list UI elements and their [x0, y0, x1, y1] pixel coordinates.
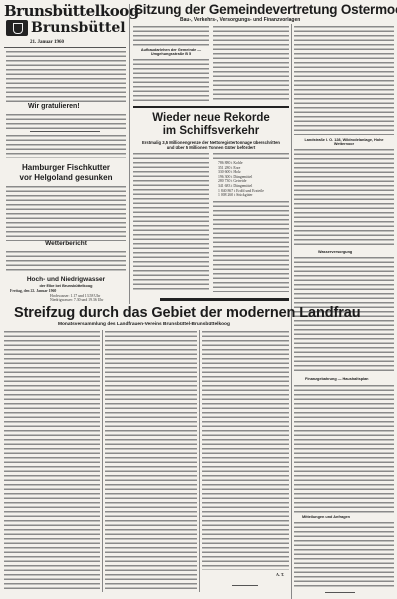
shipping-col2-text [213, 200, 289, 292]
weather-heading: Wetterbericht [4, 240, 128, 247]
divider [325, 592, 355, 593]
masthead-subtitle: Brunsbüttel [6, 20, 132, 36]
landfrau-col1-text [4, 330, 100, 592]
landfrau-subheadline: Monatsversammlung des Landfrauen-Vereins… [58, 322, 230, 327]
local-notes-text [6, 50, 126, 102]
council-subhead-4: Finanzgebahrung — Haushaltsplan [305, 377, 369, 381]
section-rule [160, 298, 289, 301]
shipping-col2-intro [213, 152, 289, 160]
fishing-headline-line2: vor Helgoland gesunken [4, 173, 128, 183]
weather-text [6, 250, 126, 272]
newspaper-page: Brunsbüttelkoog Brunsbüttel 21. Januar 1… [0, 0, 397, 599]
fishing-article-text [6, 185, 126, 241]
council-subheadline: Bau-, Verkehrs-, Versorgungs- und Finanz… [180, 17, 300, 23]
column-rule [102, 330, 103, 592]
council-col3-text [294, 25, 394, 135]
council-subhead-1: Aufbaudarlehen der Gemeinde — Umgehungss… [138, 48, 204, 56]
landfrau-col2-text [105, 330, 197, 592]
author-signature: A. T. [276, 572, 284, 577]
council-subhead-5: Mitteilungen und Anfragen [302, 515, 350, 519]
fishing-headline-line1: Hamburger Fischkutter [4, 163, 128, 173]
shipping-headline-line2: im Schiffsverkehr [133, 125, 289, 138]
issue-date: 21. Januar 1960 [30, 40, 64, 45]
council-col2-text [213, 25, 289, 102]
column-rule [129, 4, 130, 304]
divider [30, 131, 100, 132]
masthead-title: Brunsbüttelkoog [4, 3, 130, 20]
section-rule [133, 106, 289, 108]
cargo-table: 786 880 t Kohle 351 280 t Erze 330 600 t… [218, 161, 288, 198]
announcements-text [294, 521, 394, 587]
council-subhead-3: Wasserversorgung [318, 250, 352, 254]
tide-low: Niedrigwasser: 7.30 und 19.36 Uhr [10, 298, 126, 303]
theft-text [6, 134, 126, 158]
town-crest-icon [6, 20, 28, 36]
cargo-row: 1 008 260 t Stückgüter [218, 193, 288, 198]
fishing-headline: Hamburger Fischkutter vor Helgoland gesu… [4, 163, 128, 183]
council-subhead-2: Landstraße I. O. 128, Wildrodelanlage, H… [298, 138, 390, 146]
council-col1b-text [133, 58, 209, 102]
landfrau-col3-text [202, 330, 289, 570]
shipping-headline: Wieder neue Rekorde im Schiffsverkehr [133, 112, 289, 138]
shipping-subheadline: Erstmalig 3,5 Millionengrenze der Nettor… [133, 140, 289, 150]
tide-table: Freitag, den 22. Januar 1960 Hochwasser:… [10, 289, 126, 303]
masthead-town: Brunsbüttel [31, 20, 126, 36]
tide-subheading: der Elbe bei Brunsbüttelkoog [4, 284, 128, 288]
shipping-subheadline-2: und über 5 Millionen Tonnen Güter beförd… [133, 145, 289, 150]
landfrau-headline: Streifzug durch das Gebiet der modernen … [14, 305, 360, 321]
column-rule [199, 330, 200, 592]
council-col1-text [133, 25, 209, 47]
shipping-headline-line1: Wieder neue Rekorde [133, 112, 289, 125]
congrats-text [6, 113, 126, 129]
divider [4, 47, 126, 48]
tide-heading: Hoch- und Niedrigwasser [4, 276, 128, 283]
finance-text [294, 384, 394, 514]
council-headline: Sitzung der Gemeindevertretung Ostermoor [134, 2, 397, 17]
council-col3b-text [294, 148, 394, 248]
divider [232, 585, 258, 586]
congrats-heading: Wir gratulieren! [28, 103, 80, 110]
shipping-col1-text [133, 152, 209, 292]
